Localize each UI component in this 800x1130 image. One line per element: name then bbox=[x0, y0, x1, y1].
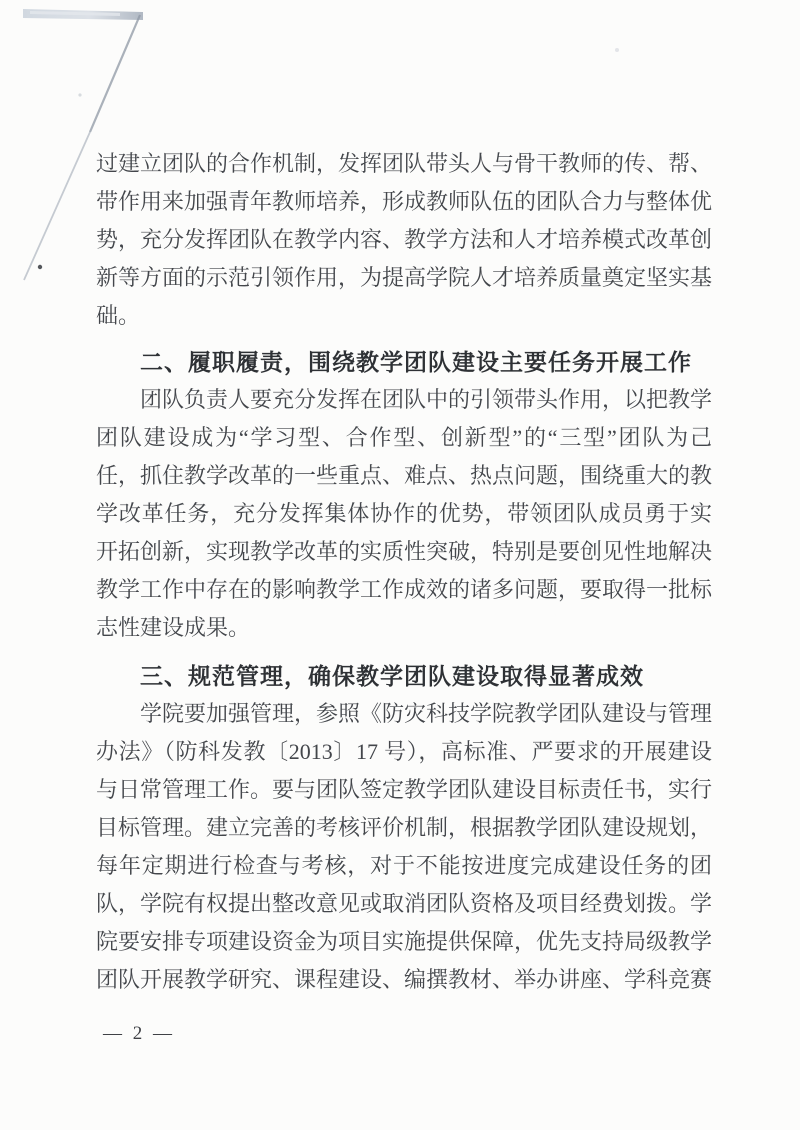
section-heading-2: 二、履职履责，围绕教学团队建设主要任务开展工作 bbox=[96, 343, 712, 381]
text-line: 团队建设成为“学习型、合作型、创新型”的“三型”团队为己 bbox=[96, 419, 712, 457]
text-line: 每年定期进行检查与考核，对于不能按进度完成建设任务的团 bbox=[96, 847, 712, 885]
text-line: 教学工作中存在的影响教学工作成效的诸多问题，要取得一批标 bbox=[96, 571, 712, 609]
text-line: 础。 bbox=[96, 297, 712, 335]
text-line: 与日常管理工作。要与团队签定教学团队建设目标责任书，实行 bbox=[96, 771, 712, 809]
section-heading-3: 三、规范管理，确保教学团队建设取得显著成效 bbox=[96, 657, 712, 695]
text-line: 办法》（防科发教〔2013〕17 号），高标准、严要求的开展建设 bbox=[96, 733, 712, 771]
document-body: 过建立团队的合作机制，发挥团队带头人与骨干教师的传、帮、 带作用来加强青年教师培… bbox=[96, 145, 712, 999]
text-line: 院要安排专项建设资金为项目实施提供保障，优先支持局级教学 bbox=[96, 923, 712, 961]
text-line: 开拓创新，实现教学改革的实质性突破，特别是要创见性地解决 bbox=[96, 533, 712, 571]
text-line: 学改革任务，充分发挥集体协作的优势，带领团队成员勇于实践、 bbox=[96, 495, 712, 533]
text-line: 团队负责人要充分发挥在团队中的引领带头作用，以把教学 bbox=[96, 381, 712, 419]
text-line: 志性建设成果。 bbox=[96, 609, 712, 647]
text-line: 队，学院有权提出整改意见或取消团队资格及项目经费划拨。学 bbox=[96, 885, 712, 923]
text-line: 势，充分发挥团队在教学内容、教学方法和人才培养模式改革创 bbox=[96, 221, 712, 259]
ink-speck bbox=[38, 265, 42, 269]
text-line: 带作用来加强青年教师培养，形成教师队伍的团队合力与整体优 bbox=[96, 183, 712, 221]
text-line: 新等方面的示范引领作用，为提高学院人才培养质量奠定坚实基 bbox=[96, 259, 712, 297]
text-line: 团队开展教学研究、课程建设、编撰教材、举办讲座、学科竞赛 bbox=[96, 961, 712, 999]
text-line: 过建立团队的合作机制，发挥团队带头人与骨干教师的传、帮、 bbox=[96, 145, 712, 183]
document-page: 过建立团队的合作机制，发挥团队带头人与骨干教师的传、帮、 带作用来加强青年教师培… bbox=[0, 0, 800, 1130]
text-line: 目标管理。建立完善的考核评价机制，根据教学团队建设规划， bbox=[96, 809, 712, 847]
text-line: 任，抓住教学改革的一些重点、难点、热点问题，围绕重大的教 bbox=[96, 457, 712, 495]
page-number: — 2 — bbox=[103, 1022, 175, 1046]
text-line: 学院要加强管理，参照《防灾科技学院教学团队建设与管理 bbox=[96, 695, 712, 733]
